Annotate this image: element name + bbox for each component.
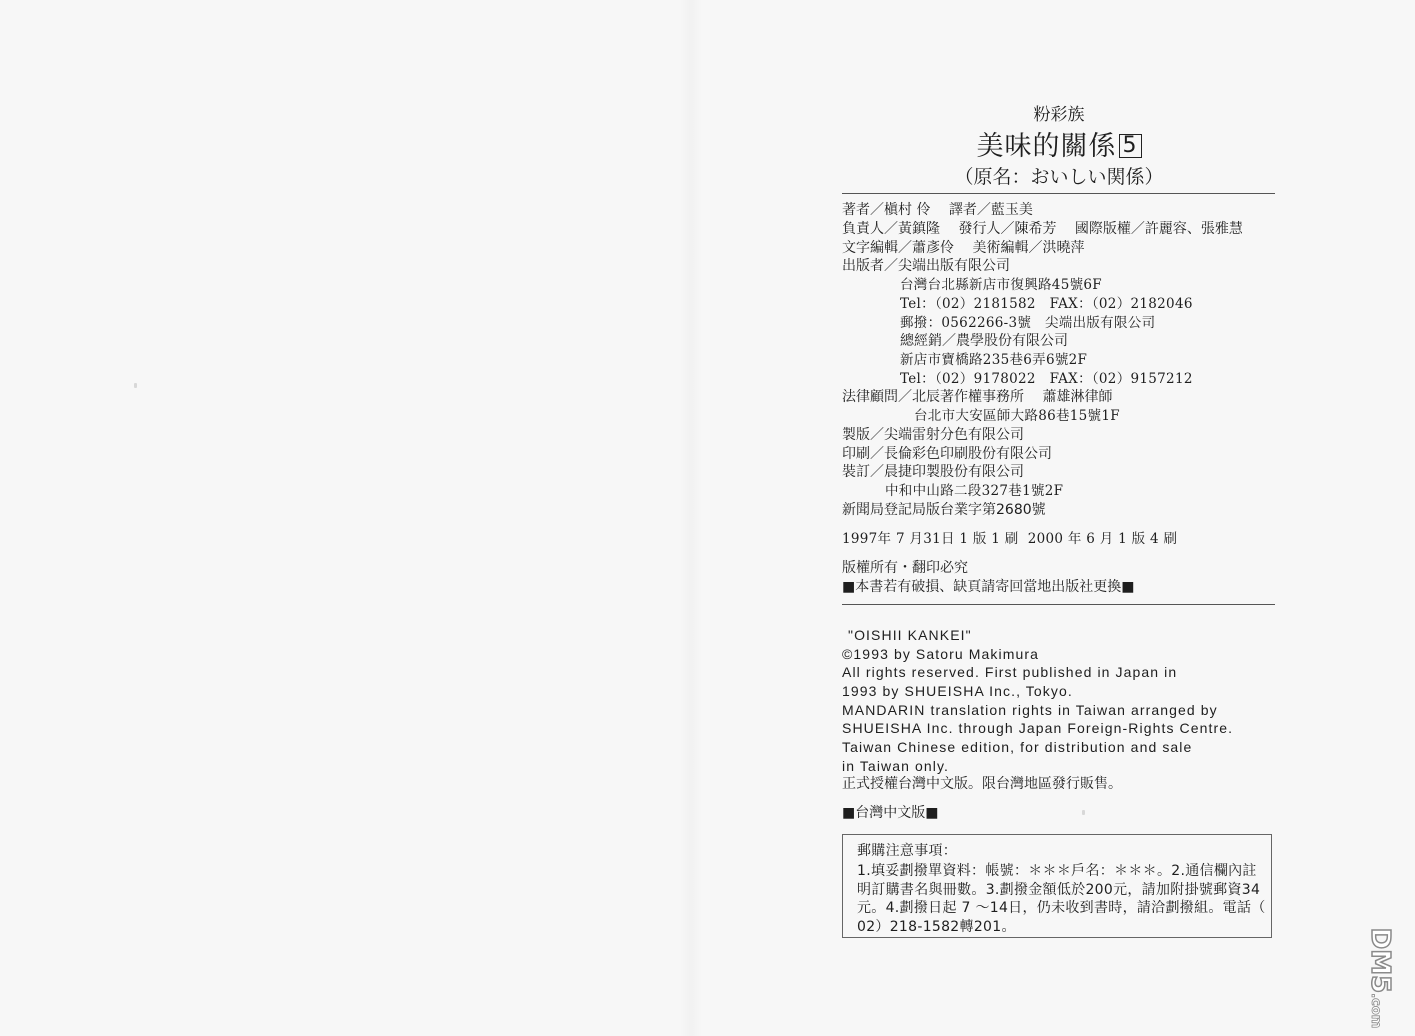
series-name: 粉彩族 bbox=[842, 100, 1276, 125]
english-line: SHUEISHA Inc. through Japan Foreign-Righ… bbox=[842, 719, 1233, 737]
legal-counsel: 法律顧問／北辰著作權事務所 蕭雄淋律師 bbox=[842, 388, 1112, 406]
book-title: 美味的關係5 bbox=[842, 124, 1276, 163]
production-line: 印刷／長倫彩色印刷股份有限公司 bbox=[842, 445, 1052, 463]
mail-order-notice: 郵購注意事項： 1.填妥劃撥單資料：帳號：＊＊＊戶名：＊＊＊。2.通信欄內註 明… bbox=[842, 834, 1272, 938]
credit-line: 著者／槇村 伶 譯者／藍玉美 bbox=[842, 201, 1033, 219]
volume-number: 5 bbox=[1119, 134, 1142, 158]
english-line: in Taiwan only. bbox=[842, 757, 949, 775]
watermark-logo: DM5.com bbox=[1365, 928, 1395, 1029]
english-line: Taiwan Chinese edition, for distribution… bbox=[842, 738, 1192, 756]
mail-order-line: 02）218-1582轉201。 bbox=[857, 918, 1016, 936]
credit-line: 文字編輯／蕭彥伶 美術編輯／洪曉萍 bbox=[842, 239, 1084, 257]
mail-order-line: 元。4.劃撥日起 7 ～14日，仍未收到書時，請洽劃撥組。電話（ bbox=[857, 899, 1266, 917]
print-history: 1997年 7 月31日 1 版 1 刷 2000 年 6 月 1 版 4 刷 bbox=[842, 530, 1177, 548]
original-title: （原名：おいしい関係） bbox=[842, 162, 1276, 189]
publisher-phone: Tel：（02）2181582 FAX：（02）2182046 bbox=[900, 295, 1193, 313]
paper-speck bbox=[1082, 810, 1085, 815]
edition-label: ■台灣中文版■ bbox=[842, 804, 938, 822]
publisher-postal-account: 郵撥：0562266-3號 尖端出版有限公司 bbox=[900, 314, 1155, 332]
paper-speck bbox=[134, 383, 137, 388]
divider-bottom bbox=[842, 604, 1275, 605]
mail-order-line: 明訂購書名與冊數。3.劃撥金額低於200元，請加附掛號郵資34 bbox=[857, 881, 1260, 899]
authorized-edition: 正式授權台灣中文版。限台灣地區發行販售。 bbox=[842, 775, 1122, 793]
distributor-label: 總經銷／農學股份有限公司 bbox=[900, 332, 1068, 350]
divider-top bbox=[842, 193, 1275, 194]
legal-address: 台北市大安區師大路86巷15號1F bbox=[914, 407, 1120, 425]
english-line: All rights reserved. First published in … bbox=[842, 663, 1177, 681]
publisher-line: 出版者／尖端出版有限公司 bbox=[842, 257, 1010, 275]
watermark-text: DM5 bbox=[1365, 928, 1395, 994]
distributor-address: 新店市寶橋路235巷6弄6號2F bbox=[900, 351, 1087, 369]
copyright-line: ©1993 by Satoru Makimura bbox=[842, 645, 1039, 663]
binding-address: 中和中山路二段327巷1號2F bbox=[885, 482, 1063, 500]
english-line: MANDARIN translation rights in Taiwan ar… bbox=[842, 701, 1218, 719]
production-line: 裝訂／晨捷印製股份有限公司 bbox=[842, 463, 1024, 481]
credit-line: 負責人／黃鎮隆 發行人／陳希芳 國際版權／許麗容、張雅慧 bbox=[842, 220, 1243, 238]
registration-number: 新聞局登記局版台業字第2680號 bbox=[842, 501, 1046, 519]
rights-reserved: 版權所有・翻印必究 bbox=[842, 559, 968, 577]
mail-order-heading: 郵購注意事項： bbox=[857, 842, 957, 860]
distributor-phone: Tel：（02）9178022 FAX：（02）9157212 bbox=[900, 370, 1193, 388]
page-gutter bbox=[680, 0, 702, 1036]
mail-order-line: 1.填妥劃撥單資料：帳號：＊＊＊戶名：＊＊＊。2.通信欄內註 bbox=[857, 862, 1257, 880]
book-title-text: 美味的關係 bbox=[977, 131, 1117, 162]
site-watermark: DM5.com bbox=[1360, 928, 1400, 1028]
english-line: 1993 by SHUEISHA Inc., Tokyo. bbox=[842, 682, 1073, 700]
production-line: 製版／尖端雷射分色有限公司 bbox=[842, 426, 1024, 444]
replacement-notice: ■本書若有破損、缺頁請寄回當地出版社更換■ bbox=[842, 578, 1134, 596]
watermark-suffix: .com bbox=[1368, 993, 1383, 1028]
publisher-address: 台灣台北縣新店市復興路45號6F bbox=[900, 276, 1102, 294]
english-title: "OISHII KANKEI" bbox=[848, 626, 972, 644]
